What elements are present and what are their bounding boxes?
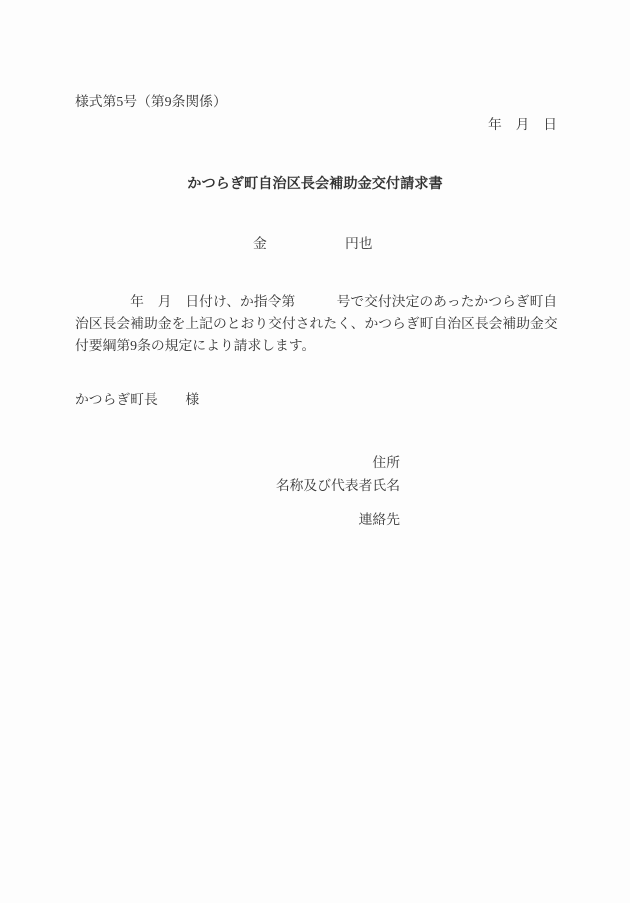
amount-suffix-label: 円也	[345, 237, 373, 251]
body-paragraph-line: 付要綱第9条の規定により請求します。	[75, 339, 315, 353]
body-paragraph-line: 治区長会補助金を上記のとおり交付されたく、かつらぎ町自治区長会補助金交	[75, 317, 558, 331]
address-label: 住所	[372, 456, 400, 470]
contact-label: 連絡先	[359, 513, 400, 527]
document-title: かつらぎ町自治区長会補助金交付請求書	[0, 177, 630, 191]
body-paragraph-line: 年 月 日付け、か指令第 号で交付決定のあったかつらぎ町自	[75, 295, 557, 309]
date-line: 年 月 日	[488, 118, 557, 132]
name-and-representative-label: 名称及び代表者氏名	[276, 479, 400, 493]
addressee-line: かつらぎ町長 様	[75, 393, 199, 407]
form-number-line: 様式第5号（第9条関係）	[75, 95, 227, 109]
subsidy-request-form-page: 様式第5号（第9条関係） 年 月 日 かつらぎ町自治区長会補助金交付請求書 金 …	[0, 0, 630, 903]
amount-prefix-label: 金	[253, 237, 267, 251]
